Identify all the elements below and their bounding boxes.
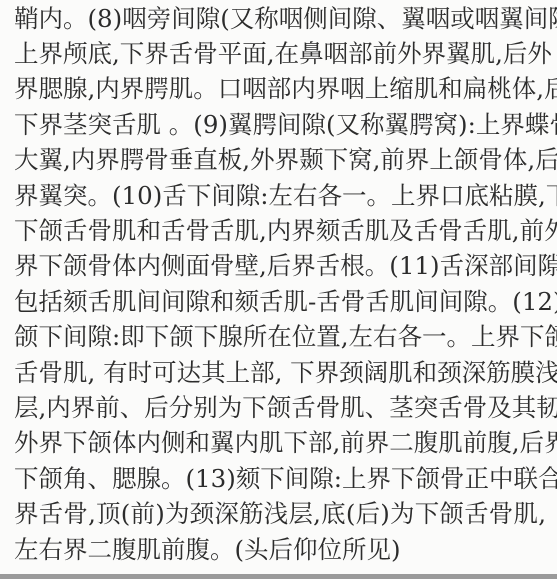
text-line: 颌下间隙:即下颌下腺所在位置,左右各一。上界下颌	[14, 319, 546, 354]
text-line: 左右界二腹肌前腹。(头后仰位所见)	[14, 532, 546, 567]
text-line: 鞘内。(8)咽旁间隙(又称咽侧间隙、翼咽或咽翼间隙):	[14, 1, 546, 36]
text-line: 外界下颌体内侧和翼内肌下部,前界二腹肌前腹,后界	[14, 425, 546, 460]
document-page: 鞘内。(8)咽旁间隙(又称咽侧间隙、翼咽或咽翼间隙): 上界颅底,下界舌骨平面,…	[0, 0, 557, 574]
text-line: 层,内界前、后分别为下颌舌骨肌、茎突舌骨及其韧带,	[14, 390, 546, 425]
text-line: 上界颅底,下界舌骨平面,在鼻咽部前外界翼肌,后外	[14, 36, 546, 71]
text-line: 界翼突。(10)舌下间隙:左右各一。上界口底粘膜,下界	[14, 178, 546, 213]
text-line: 界腮腺,内界腭肌。口咽部内界咽上缩肌和扁桃体,后	[14, 71, 546, 106]
text-line: 舌骨肌, 有时可达其上部, 下界颈阔肌和颈深筋膜浅	[14, 355, 546, 390]
text-line: 下颌角、腮腺。(13)颏下间隙:上界下颌骨正中联合,下	[14, 461, 546, 496]
bottom-border	[0, 574, 557, 579]
text-line: 界舌骨,顶(前)为颈深筋浅层,底(后)为下颌舌骨肌,	[14, 496, 546, 531]
text-line: 下界茎突舌肌 。(9)翼腭间隙(又称翼腭窝):上界蝶骨	[14, 107, 546, 142]
text-line: 大翼,内界腭骨垂直板,外界颞下窝,前界上颌骨体,后	[14, 142, 546, 177]
text-line: 下颌舌骨肌和舌骨舌肌,内界颏舌肌及舌骨舌肌,前外	[14, 213, 546, 248]
text-line: 界下颌骨体内侧面骨壁,后界舌根。(11)舌深部间隙:	[14, 248, 546, 283]
text-line: 包括颏舌肌间间隙和颏舌肌-舌骨舌肌间间隙。(12)下	[14, 284, 546, 319]
